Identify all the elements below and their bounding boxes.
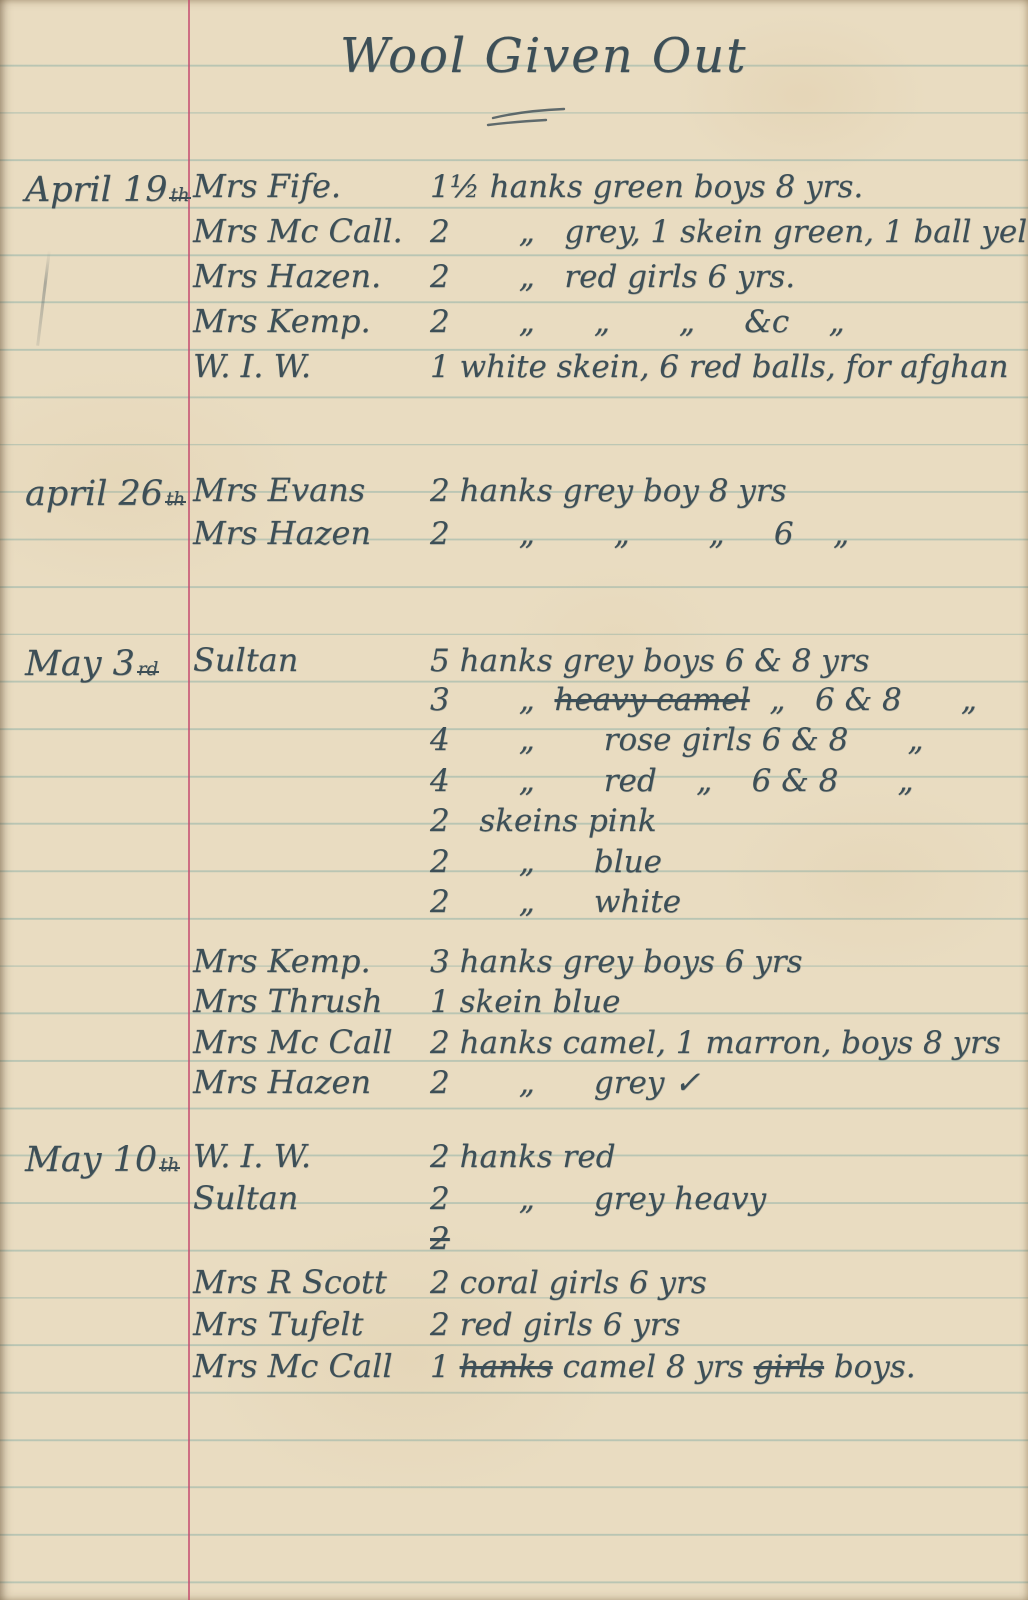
- entry-detail: 4 „ red „ 6 & 8 „: [430, 766, 1028, 797]
- detail-text: 2 „ „ „ 6 „: [430, 516, 849, 552]
- detail-text: „ 6 & 8 „: [750, 682, 977, 718]
- recipient-name: Mrs Kemp.: [193, 305, 430, 337]
- entry-detail: 2 „ grey, 1 skein green, 1 ball yellow: [430, 217, 1028, 248]
- recipient-name: Mrs Fife.: [193, 170, 430, 202]
- ledger-section: April 19thMrs Fife.1½ hanks green boys 8…: [193, 170, 1028, 395]
- date-suffix: th: [159, 1166, 180, 1169]
- recipient-name: Mrs Evans: [193, 474, 430, 506]
- entry-detail: 2 „ „ „ &c „: [430, 307, 1028, 338]
- entry-detail: 2 hanks grey boy 8 yrs: [430, 476, 1028, 507]
- ledger-row: 2 „ white: [193, 887, 1028, 928]
- ledger-section: May 10thW. I. W.2 hanks redSultan2 „ gre…: [193, 1140, 1028, 1392]
- entry-detail: 1 skein blue: [430, 987, 1028, 1018]
- ledger-row: Mrs R Scott2 coral girls 6 yrs: [193, 1266, 1028, 1308]
- recipient-name: Mrs Hazen: [193, 517, 430, 549]
- ledger-row: Mrs Hazen.2 „ red girls 6 yrs.: [193, 260, 1028, 305]
- struck-text: girls: [754, 1349, 824, 1385]
- date-suffix: rd: [137, 670, 159, 673]
- entry-detail: 1½ hanks green boys 8 yrs.: [430, 172, 1028, 203]
- detail-text: 5 hanks grey boys 6 & 8 yrs: [430, 643, 870, 679]
- detail-text: 1: [430, 1349, 460, 1385]
- entry-detail: 2 skeins pink: [430, 806, 1028, 837]
- detail-text: 3 „: [430, 682, 554, 718]
- recipient-name: W. I. W.: [193, 1140, 430, 1172]
- detail-text: 2 „ red girls 6 yrs.: [430, 259, 795, 295]
- ledger-row: 2 skeins pink: [193, 806, 1028, 847]
- ledger-row: Sultan5 hanks grey boys 6 & 8 yrs: [193, 644, 1028, 685]
- entry-date: April 19th: [25, 170, 191, 215]
- recipient-name: Mrs R Scott: [193, 1266, 430, 1298]
- ledger-row: W. I. W.1 white skein, 6 red balls, for …: [193, 350, 1028, 395]
- entry-detail: 2: [430, 1224, 1028, 1255]
- ledger-row: 4 „ rose girls 6 & 8 „: [193, 725, 1028, 766]
- recipient-name: Sultan: [193, 1182, 430, 1214]
- date-suffix: th: [169, 196, 190, 199]
- recipient-name: Mrs Mc Call: [193, 1026, 430, 1058]
- entry-detail: 5 hanks grey boys 6 & 8 yrs: [430, 646, 1028, 677]
- detail-text: camel 8 yrs: [553, 1349, 754, 1385]
- ledger-row: Sultan2 „ grey heavy: [193, 1182, 1028, 1224]
- ledger-row: 4 „ red „ 6 & 8 „: [193, 766, 1028, 807]
- detail-text: boys.: [824, 1349, 916, 1385]
- ledger-row: Mrs Hazen2 „ „ „ 6 „: [193, 517, 1028, 560]
- detail-text: 2 „ blue: [430, 844, 662, 880]
- date-suffix: th: [165, 500, 186, 503]
- date-text: April 19: [25, 170, 167, 210]
- ledger-row: 3 „ heavy camel „ 6 & 8 „: [193, 685, 1028, 726]
- detail-text: 1 skein blue: [430, 984, 620, 1020]
- ledger-row: Mrs Thrush1 skein blue: [193, 985, 1028, 1026]
- entry-detail: 3 „ heavy camel „ 6 & 8 „: [430, 685, 1028, 716]
- entry-detail: 4 „ rose girls 6 & 8 „: [430, 725, 1028, 756]
- recipient-name: Mrs Tufelt: [193, 1308, 430, 1340]
- detail-text: 4 „ red „ 6 & 8 „: [430, 763, 914, 799]
- detail-text: 1 white skein, 6 red balls, for afghan: [430, 349, 1009, 385]
- detail-text: 2 coral girls 6 yrs: [430, 1265, 707, 1301]
- struck-text: heavy camel: [554, 682, 749, 718]
- detail-text: 2 „ white: [430, 884, 681, 920]
- ledger-section: april 26thMrs Evans2 hanks grey boy 8 yr…: [193, 474, 1028, 560]
- entry-date: May 3rd: [25, 644, 159, 685]
- ledger-row: Mrs Kemp.3 hanks grey boys 6 yrs: [193, 945, 1028, 986]
- recipient-name: W. I. W.: [193, 350, 430, 382]
- detail-text: 2 hanks red: [430, 1139, 616, 1175]
- detail-text: 2 hanks camel, 1 marron, boys 8 yrs: [430, 1025, 1001, 1061]
- recipient-name: Sultan: [193, 644, 430, 676]
- date-text: april 26: [25, 474, 163, 514]
- ledger-row: Mrs Mc Call2 hanks camel, 1 marron, boys…: [193, 1026, 1028, 1067]
- ledger-row: Mrs Fife.1½ hanks green boys 8 yrs.: [193, 170, 1028, 215]
- struck-text: hanks: [460, 1349, 553, 1385]
- detail-text: 2 „ grey, 1 skein green, 1 ball yellow: [430, 214, 1028, 250]
- detail-text: 1½ hanks green boys 8 yrs.: [430, 169, 863, 205]
- detail-text: 2 skeins pink: [430, 803, 656, 839]
- ledger-row: Mrs Mc Call1 hanks camel 8 yrs girls boy…: [193, 1350, 1028, 1392]
- detail-text: 2 hanks grey boy 8 yrs: [430, 473, 787, 509]
- recipient-name: Mrs Thrush: [193, 985, 430, 1017]
- notebook-page: Wool Given Out April 19thMrs Fife.1½ han…: [0, 0, 1028, 1600]
- entry-detail: 2 „ „ „ 6 „: [430, 519, 1028, 550]
- ledger-row: 2: [193, 1224, 1028, 1266]
- entry-detail: 2 „ blue: [430, 847, 1028, 878]
- date-text: May 10: [25, 1140, 157, 1180]
- entry-detail: 1 white skein, 6 red balls, for afghan: [430, 352, 1028, 383]
- recipient-name: Mrs Mc Call: [193, 1350, 430, 1382]
- entry-detail: 2 „ white: [430, 887, 1028, 918]
- recipient-name: Mrs Hazen: [193, 1066, 430, 1098]
- ledger-row: W. I. W.2 hanks red: [193, 1140, 1028, 1182]
- entry-detail: 2 red girls 6 yrs: [430, 1310, 1028, 1341]
- entry-detail: 2 „ grey heavy: [430, 1184, 1028, 1215]
- recipient-name: Mrs Hazen.: [193, 260, 430, 292]
- entry-detail: 2 „ grey ✓: [430, 1068, 1028, 1099]
- entry-detail: 2 coral girls 6 yrs: [430, 1268, 1028, 1299]
- detail-text: 2 „ grey heavy: [430, 1181, 766, 1217]
- entry-detail: 2 hanks camel, 1 marron, boys 8 yrs: [430, 1028, 1028, 1059]
- entry-date: april 26th: [25, 474, 186, 517]
- detail-text: 2 „ „ „ &c „: [430, 304, 845, 340]
- detail-text: 2 „ grey ✓: [430, 1065, 700, 1101]
- entry-detail: 1 hanks camel 8 yrs girls boys.: [430, 1352, 1028, 1383]
- ledger-row: Mrs Hazen2 „ grey ✓: [193, 1066, 1028, 1107]
- ledger-row: Mrs Mc Call.2 „ grey, 1 skein green, 1 b…: [193, 215, 1028, 260]
- struck-text: 2: [430, 1221, 450, 1257]
- entry-detail: 2 hanks red: [430, 1142, 1028, 1173]
- ledger-row: 2 „ blue: [193, 847, 1028, 888]
- ledger-row: Mrs Evans2 hanks grey boy 8 yrs: [193, 474, 1028, 517]
- ledger-row: Mrs Tufelt2 red girls 6 yrs: [193, 1308, 1028, 1350]
- ledger-section: May 3rdSultan5 hanks grey boys 6 & 8 yrs…: [193, 644, 1028, 1107]
- recipient-name: Mrs Kemp.: [193, 945, 430, 977]
- recipient-name: Mrs Mc Call.: [193, 215, 430, 247]
- entry-detail: 3 hanks grey boys 6 yrs: [430, 947, 1028, 978]
- ledger-row: Mrs Kemp.2 „ „ „ &c „: [193, 305, 1028, 350]
- entries-layer: April 19thMrs Fife.1½ hanks green boys 8…: [0, 0, 1028, 1600]
- detail-text: 4 „ rose girls 6 & 8 „: [430, 722, 924, 758]
- date-text: May 3: [25, 644, 135, 684]
- entry-detail: 2 „ red girls 6 yrs.: [430, 262, 1028, 293]
- detail-text: 2 red girls 6 yrs: [430, 1307, 681, 1343]
- entry-date: May 10th: [25, 1140, 180, 1182]
- detail-text: 3 hanks grey boys 6 yrs: [430, 944, 803, 980]
